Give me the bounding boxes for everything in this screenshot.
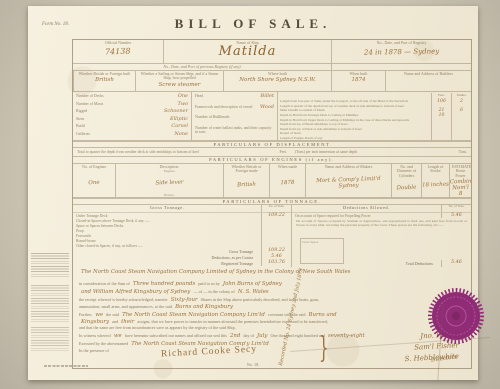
dimension-label: Depth from top of Deck at side amidships…: [278, 127, 431, 131]
registry-cell: No., Date, and Port of Registry 24 in 18…: [331, 40, 471, 63]
printed-text: have hereunto subscribed our names and a…: [125, 333, 227, 338]
engines-section-title: PARTICULARS OF ENGINES (if any).: [73, 157, 471, 164]
tonnage-total-value: 103.76: [261, 260, 291, 266]
displacement-left-label: Total to quarter the depth from weather …: [77, 150, 199, 154]
engines-desc-sub-top: Engines.: [116, 169, 223, 173]
engines-stroke-label: Length of Stroke: [422, 164, 449, 174]
hull-field-label: Build: [76, 124, 171, 128]
printed-text: In witness whereof: [79, 333, 111, 338]
engines-table: No. of Engines One Description. Engines.…: [73, 164, 471, 198]
build-detail-value: North Shore Sydney N.S.W.: [239, 77, 316, 83]
dimension-label: Depth from top of Beam amidships to top …: [278, 122, 431, 126]
build-detail-value: Screw steamer: [159, 82, 201, 88]
margin-footnote-block: [31, 327, 69, 351]
hull-field-value: Carvel: [171, 123, 188, 129]
engines-origin-label: Whether British or Foreign made: [224, 164, 269, 174]
engines-makers-label: Name and Address of Makers: [306, 164, 391, 169]
hull-field-value: Wood: [260, 104, 274, 110]
hull-field-label: Stern: [76, 117, 170, 121]
engines-when-label: When made: [270, 164, 305, 169]
tonnage-line-label: Poop: [73, 229, 261, 233]
engines-hp-value: Combined Nom'l 8: [450, 178, 471, 197]
execution-month: July: [255, 333, 269, 339]
hand-insert: we: [93, 312, 105, 318]
build-detail-value: 1874: [352, 77, 366, 83]
gross-tonnage-header: Gross Tonnage.: [73, 205, 261, 212]
printed-text: — of — in the colony of: [193, 289, 234, 294]
printed-text: covenant with the said: [268, 312, 306, 317]
hull-field-label: Number of Decks: [76, 94, 178, 98]
displacement-section-title: PARTICULARS OF DISPLACEMENT: [73, 141, 471, 148]
dimension-label: Depth in Hold from Tonnage Deck to Ceili…: [278, 113, 431, 117]
hull-field-label: Number of Bulkheads: [195, 115, 274, 119]
engines-makers-value: Mort & Comp'y Limit'd Sydney: [306, 176, 391, 191]
printed-text: assigns, that we have power to transfer …: [137, 319, 328, 324]
displacement-left-unit: Feet.: [274, 150, 288, 154]
page-title: BILL OF SALE.: [28, 16, 478, 32]
tonnage-total-line: Gross Tonnage 109.22: [73, 248, 291, 254]
tonnage-line: Poop: [73, 228, 291, 233]
margin-footnote-block: [31, 253, 69, 277]
printed-text: One thousand eight hundred and: [270, 333, 324, 338]
consideration-amount: Three hundred pounds: [131, 281, 197, 287]
margin-footnote-block: [31, 285, 69, 323]
tonnage-line: Space or Spaces between Decks: [73, 223, 291, 228]
tonnage-line: Round-house: [73, 238, 291, 243]
tonnage-line-label: Forecastle: [73, 234, 261, 238]
hull-field-value: Two: [178, 101, 188, 107]
tonnage-line-label: Round-house: [73, 239, 261, 243]
total-deductions-label: Total Deductions: [292, 261, 441, 266]
tonnage-row: Gross Tonnage. No. of Tons. Under Tonnag…: [73, 205, 471, 267]
build-detail-value: British: [95, 77, 114, 83]
hull-field-label: Framework and description of vessel: [195, 105, 260, 109]
printed-text: the receipt whereof is hereby acknowledg…: [79, 297, 168, 302]
tonnage-line: Closed-in Spaces above Tonnage Deck, if …: [73, 218, 291, 223]
previous-registry-strip: No., Date, and Port of previous Registry…: [73, 64, 471, 71]
gross-tonnage-table: Gross Tonnage. No. of Tons. Under Tonnag…: [73, 205, 291, 267]
hull-field-label: Head: [195, 94, 261, 98]
purchaser-name-2: and William Alfred Kingsbury of Sydney: [79, 289, 192, 295]
hull-mid-fields: Head Billet Framework and description of…: [191, 92, 277, 140]
tonnage-line: Forecastle: [73, 233, 291, 238]
header-row: Official Number 74138 Name of Ship Matil…: [73, 40, 471, 64]
crew-spaces-paragraph: On account of Spaces occupied by Seamen …: [292, 218, 471, 229]
engines-no-label: No. of Engines: [73, 164, 115, 169]
form-number: Form No. 18.: [42, 22, 69, 27]
build-detail-label: Whether British or Foreign built: [77, 71, 133, 76]
build-detail-label: Whether a Sailing or Steam Ship; and if …: [136, 71, 223, 81]
total-deductions-value: 5.46: [441, 260, 471, 267]
dimension-tenths: [451, 136, 471, 141]
build-detail-cell: Name and Address of Builders: [385, 71, 471, 91]
hull-field-value: One: [178, 93, 188, 99]
deductions-table: Deductions Allowed. No. of Tons. On acco…: [291, 205, 471, 267]
tonnage-line: Other closed-in Spaces, if any, as follo…: [73, 243, 291, 248]
purchaser-name: John Burns of Sydney: [221, 281, 284, 287]
displacement-row: Total to quarter the depth from weather …: [73, 148, 471, 157]
tons-column-header2: No. of Tons.: [441, 205, 471, 212]
scanned-bill-of-sale: { "page": { "title": "BILL OF SALE.", "f…: [0, 0, 500, 389]
engines-cylinders-value: Double: [392, 184, 421, 191]
hull-left-fields: Number of Decks One Number of Masts Two …: [73, 92, 191, 140]
hull-field: Stern Elliptic: [73, 116, 191, 124]
hull-field-value: Elliptic: [170, 116, 188, 122]
printed-text: and that the same are free from incumbra…: [79, 325, 236, 330]
dimension-label: Main breadth to outside of Plank: [278, 108, 431, 112]
tonnage-total-label: Gross Tonnage: [73, 249, 261, 254]
registry-form: Official Number 74138 Name of Ship Matil…: [72, 39, 472, 369]
hull-field: Framework and description of vessel Wood: [192, 104, 277, 115]
previous-registry-cell: No., Date, and Port of previous Registry…: [73, 64, 331, 70]
engines-when-value: 1878: [270, 180, 305, 187]
printed-text: in consideration of the Sum of: [79, 281, 130, 286]
official-number-value: 74138: [105, 47, 131, 57]
build-detail-cell: Whether a Sailing or Steam Ship; and if …: [135, 71, 223, 91]
engines-desc-value: Side lever: [116, 178, 223, 188]
hand-insert: Burns and: [307, 312, 339, 318]
document-paper: BILL OF SALE. Form No. 18. Official Numb…: [28, 6, 478, 380]
hull-field-label: Galleries: [76, 132, 174, 136]
hull-field-label: Number of water ballast tanks, and their…: [195, 126, 274, 134]
engines-cylinders-label: No. and Diameter of Cylinders: [392, 164, 421, 178]
engines-no-value: One: [73, 179, 115, 186]
printed-text: paid to us by: [198, 281, 220, 286]
gross-tonnage-rows: Under Tonnage Deck 109.22 Closed-in Spac…: [73, 213, 291, 248]
printed-text: Shares in the Ship above particularly de…: [201, 297, 320, 302]
dimension-label: Length at quarter of the depth from top …: [278, 104, 431, 108]
build-details-row: Whether British or Foreign built British…: [73, 71, 471, 92]
hand-insert: we: [112, 333, 124, 339]
tonnage-total-label: Registered Tonnage: [73, 261, 261, 266]
displacement-right-label: (Tons) per inch immersion at same depth: [295, 150, 357, 154]
registry-label: No., Date, and Port of Registry: [375, 40, 429, 45]
dimension-feet: [431, 136, 451, 141]
registry-value: 24 in 1878 — Sydney: [364, 48, 439, 57]
build-detail-label: Where built: [266, 71, 289, 76]
dimension-label: Length from fore part of Stem, under the…: [278, 99, 431, 103]
build-detail-label: When built: [348, 71, 370, 76]
printed-text: and: [112, 319, 118, 324]
hull-field-value: Schooner: [164, 108, 188, 114]
shares-count: Sixty-four: [169, 297, 200, 303]
grantor-company-line: The North Coast Steam Navigation Company…: [79, 269, 352, 275]
printed-text: ammunition, small arms, and appurtenance…: [79, 304, 172, 309]
printed-text: the said: [106, 312, 119, 317]
tonnage-total-label: Deductions, as per Contra: [73, 255, 261, 260]
propelling-power-line: On account of Space required for Propell…: [292, 213, 471, 218]
hull-field-value: Billet: [261, 93, 274, 99]
engines-stroke-value: 18 inches: [422, 182, 449, 189]
tonnage-line-label: Under Tonnage Deck: [73, 214, 261, 218]
hull-field: Head Billet: [192, 93, 277, 104]
dimension-label: Depth in Hold from Upper Deck to Ceiling…: [278, 118, 431, 122]
deductions-header: Deductions Allowed.: [292, 205, 441, 212]
printed-text: In the presence of: [79, 348, 109, 353]
dimension-label: Length of Engine Room, if any: [278, 136, 431, 140]
ship-name-cell: Name of Ship Matilda: [163, 40, 331, 63]
printed-text: Further,: [79, 312, 92, 317]
hull-field-value: None: [174, 131, 188, 137]
tonnage-line-label: Space or Spaces between Decks: [73, 224, 261, 228]
hull-field-label: Rigged: [76, 109, 164, 113]
previous-registry-label: No., Date, and Port of previous Registry…: [73, 64, 331, 69]
colony-name: N. S. Wales: [236, 289, 271, 295]
grantees-names: Burns and Kingsbury: [173, 304, 235, 310]
hull-field: Number of water ballast tanks, and their…: [192, 126, 277, 137]
engines-origin-value: British: [224, 182, 269, 190]
tonnage-totals: Gross Tonnage 109.22 Deductions, as per …: [73, 248, 291, 266]
engines-hp-label: ESTIMATED Horse Power: [450, 164, 471, 178]
propelling-power-value: 5.46: [441, 213, 471, 218]
tonnage-line-label: Other closed-in Spaces, if any, as follo…: [73, 244, 261, 248]
dimension-row: Length of Engine Room, if any: [278, 136, 471, 141]
hull-field: Rigged Schooner: [73, 108, 191, 116]
dimensions-rows: Length from fore part of Stem, under the…: [278, 99, 471, 140]
total-deductions-line: Total Deductions 5.46: [292, 260, 471, 267]
build-detail-cell: When built 1874: [331, 71, 385, 91]
propelling-power-label: On account of Space required for Propell…: [292, 214, 441, 218]
company-name: The North Coast Steam Navigation Company…: [120, 312, 267, 318]
hull-field: Build Carvel: [73, 123, 191, 131]
hull-field: Number of Bulkheads: [192, 115, 277, 126]
official-number-label: Official Number: [103, 40, 133, 45]
hull-field: Number of Decks One: [73, 93, 191, 101]
build-detail-cell: Whether British or Foreign built British: [73, 71, 135, 91]
hull-particulars-row: Number of Decks One Number of Masts Two …: [73, 92, 471, 141]
bottom-form-number: No. 18.: [28, 362, 478, 367]
hull-field: Number of Masts Two: [73, 101, 191, 109]
displacement-right-unit: Tons.: [453, 150, 467, 154]
tonnage-line: Under Tonnage Deck 109.22: [73, 213, 291, 218]
hull-field-label: Number of Masts: [76, 102, 178, 106]
printed-text: Executed by the abovenamed: [79, 341, 128, 346]
hull-field: Galleries None: [73, 131, 191, 139]
dimensions-table: Feet. Tenths. Length from fore part of S…: [277, 92, 471, 140]
execution-day: 2nd: [228, 333, 242, 339]
build-detail-label: Name and Address of Builders: [402, 71, 455, 76]
printed-text: day of: [243, 333, 254, 338]
tonnage-total-line: Registered Tonnage 103.76: [73, 260, 291, 266]
dimension-label: Round of Stern: [278, 131, 431, 135]
ship-name-value: Matilda: [219, 44, 277, 59]
tons-column-header: No. of Tons.: [261, 205, 291, 212]
engines-desc-sub-bottom: Boilers.: [116, 193, 223, 197]
official-number-cell: Official Number 74138: [73, 40, 163, 63]
tonnage-total-line: Deductions, as per Contra 5.46: [73, 254, 291, 260]
builders-strip: [331, 64, 471, 70]
build-detail-cell: Where built North Shore Sydney N.S.W.: [223, 71, 331, 91]
tonnage-line-label: Closed-in Spaces above Tonnage Deck, if …: [73, 219, 261, 223]
